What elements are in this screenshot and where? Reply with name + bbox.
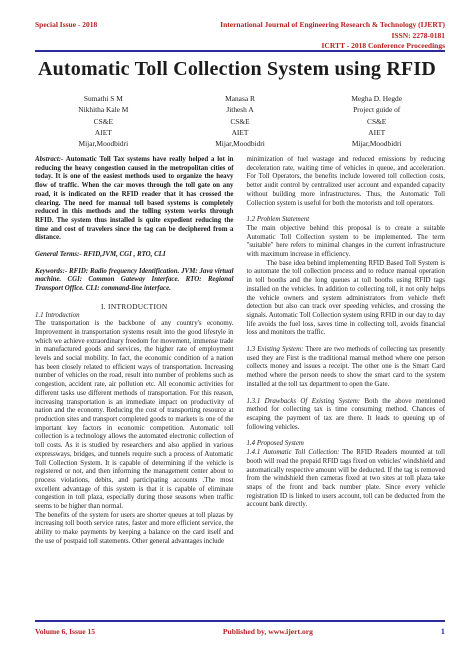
problem-statement-paragraph-1: The main objective behind this proposal … <box>247 225 446 260</box>
keywords: Keywords:- RFID: Radio frequency Identif… <box>35 268 234 294</box>
author-name: Jithesh A <box>172 104 309 115</box>
author-department: CS&E <box>35 116 172 127</box>
problem-statement-paragraph-2: The base idea behind implementing RFID B… <box>247 260 446 338</box>
journal-header-block: International Journal of Engineering Res… <box>220 20 445 52</box>
keywords-label: Keywords:- <box>35 268 67 275</box>
author-name: Manasa R <box>172 93 309 104</box>
paper-title: Automatic Toll Collection System using R… <box>0 58 474 81</box>
author-role: Project guide of <box>308 104 445 115</box>
general-terms-text: RFID,JVM, CGI , RTO, CLI <box>82 251 166 258</box>
left-column: Abstract:- Automatic Toll Tax systems ha… <box>35 156 234 616</box>
author-place: Mijar,Moodbidri <box>35 138 172 149</box>
author-department: CS&E <box>172 116 309 127</box>
general-terms: General Terms:- RFID,JVM, CGI , RTO, CLI <box>35 251 234 260</box>
subsection-1-2-heading: 1.2 Problem Statement <box>247 216 446 225</box>
author-place: Mijar,Moodbidri <box>308 138 445 149</box>
author-name: Sumathi S M <box>35 93 172 104</box>
author-institute: AIET <box>35 127 172 138</box>
author-name: Nikhitha Kale M <box>35 104 172 115</box>
paper-page: Special Issue - 2018 International Journ… <box>0 0 474 670</box>
proposed-system-text: The RFID Readers mounted at toll booth w… <box>247 449 446 508</box>
subsection-1-4-heading: 1.4 Proposed System <box>247 440 446 449</box>
author-institute: AIET <box>172 127 309 138</box>
introduction-paragraph: The transportation is the backbone of an… <box>35 320 234 511</box>
fuel-wastage-paragraph: minimization of fuel wastage and reduced… <box>247 156 446 208</box>
section-heading-introduction: I. INTRODUCTION <box>35 303 234 312</box>
page-header: Special Issue - 2018 International Journ… <box>35 20 445 52</box>
header-rule <box>35 50 445 52</box>
proposed-system-paragraph: 1.4.1 Automatic Toll Collection: The RFI… <box>247 449 446 510</box>
author-column-1: Sumathi S M Nikhitha Kale M CS&E AIET Mi… <box>35 93 172 149</box>
right-column: minimization of fuel wastage and reduced… <box>247 156 446 616</box>
abstract-paragraph: Abstract:- Automatic Toll Tax systems ha… <box>35 156 234 243</box>
abstract-label: Abstract:- <box>35 156 63 163</box>
author-place: Mijar,Moodbidri <box>172 138 309 149</box>
publisher-link[interactable]: Published by, www.ijert.org <box>223 627 313 636</box>
subsection-1-1-heading: 1.1 Introduction <box>35 312 234 321</box>
page-number: 1 <box>441 626 445 636</box>
volume-issue-label: Volume 6, Issue 15 <box>35 627 95 636</box>
body-columns: Abstract:- Automatic Toll Tax systems ha… <box>35 156 445 616</box>
drawbacks-paragraph: 1.3.1 Drawbacks Of Existing System: Both… <box>247 398 446 433</box>
author-name: Megha D. Hegde <box>308 93 445 104</box>
author-block: Sumathi S M Nikhitha Kale M CS&E AIET Mi… <box>35 93 445 149</box>
subsection-1-4-1-label: 1.4.1 Automatic Toll Collection: <box>247 449 340 456</box>
footer-rule <box>35 620 445 622</box>
abstract-text: Automatic Toll Tax systems have really h… <box>35 156 234 241</box>
existing-system-paragraph: 1.3 Existing System: There are two metho… <box>247 346 446 390</box>
subsection-1-3-label: 1.3 Existing System: <box>247 346 304 353</box>
page-footer: Volume 6, Issue 15 Published by, www.ije… <box>35 626 445 636</box>
issn-line: ISSN: 2278-0181 <box>220 31 445 42</box>
special-issue-label: Special Issue - 2018 <box>35 20 97 29</box>
benefits-paragraph: The benefits of the system for users are… <box>35 512 234 547</box>
author-column-3: Megha D. Hegde Project guide of CS&E AIE… <box>308 93 445 149</box>
journal-name: International Journal of Engineering Res… <box>220 20 445 31</box>
general-terms-label: General Terms:- <box>35 251 82 258</box>
author-department: CS&E <box>308 116 445 127</box>
author-institute: AIET <box>308 127 445 138</box>
author-column-2: Manasa R Jithesh A CS&E AIET Mijar,Moodb… <box>172 93 309 149</box>
subsection-1-3-1-label: 1.3.1 Drawbacks Of Existing System: <box>247 398 361 405</box>
